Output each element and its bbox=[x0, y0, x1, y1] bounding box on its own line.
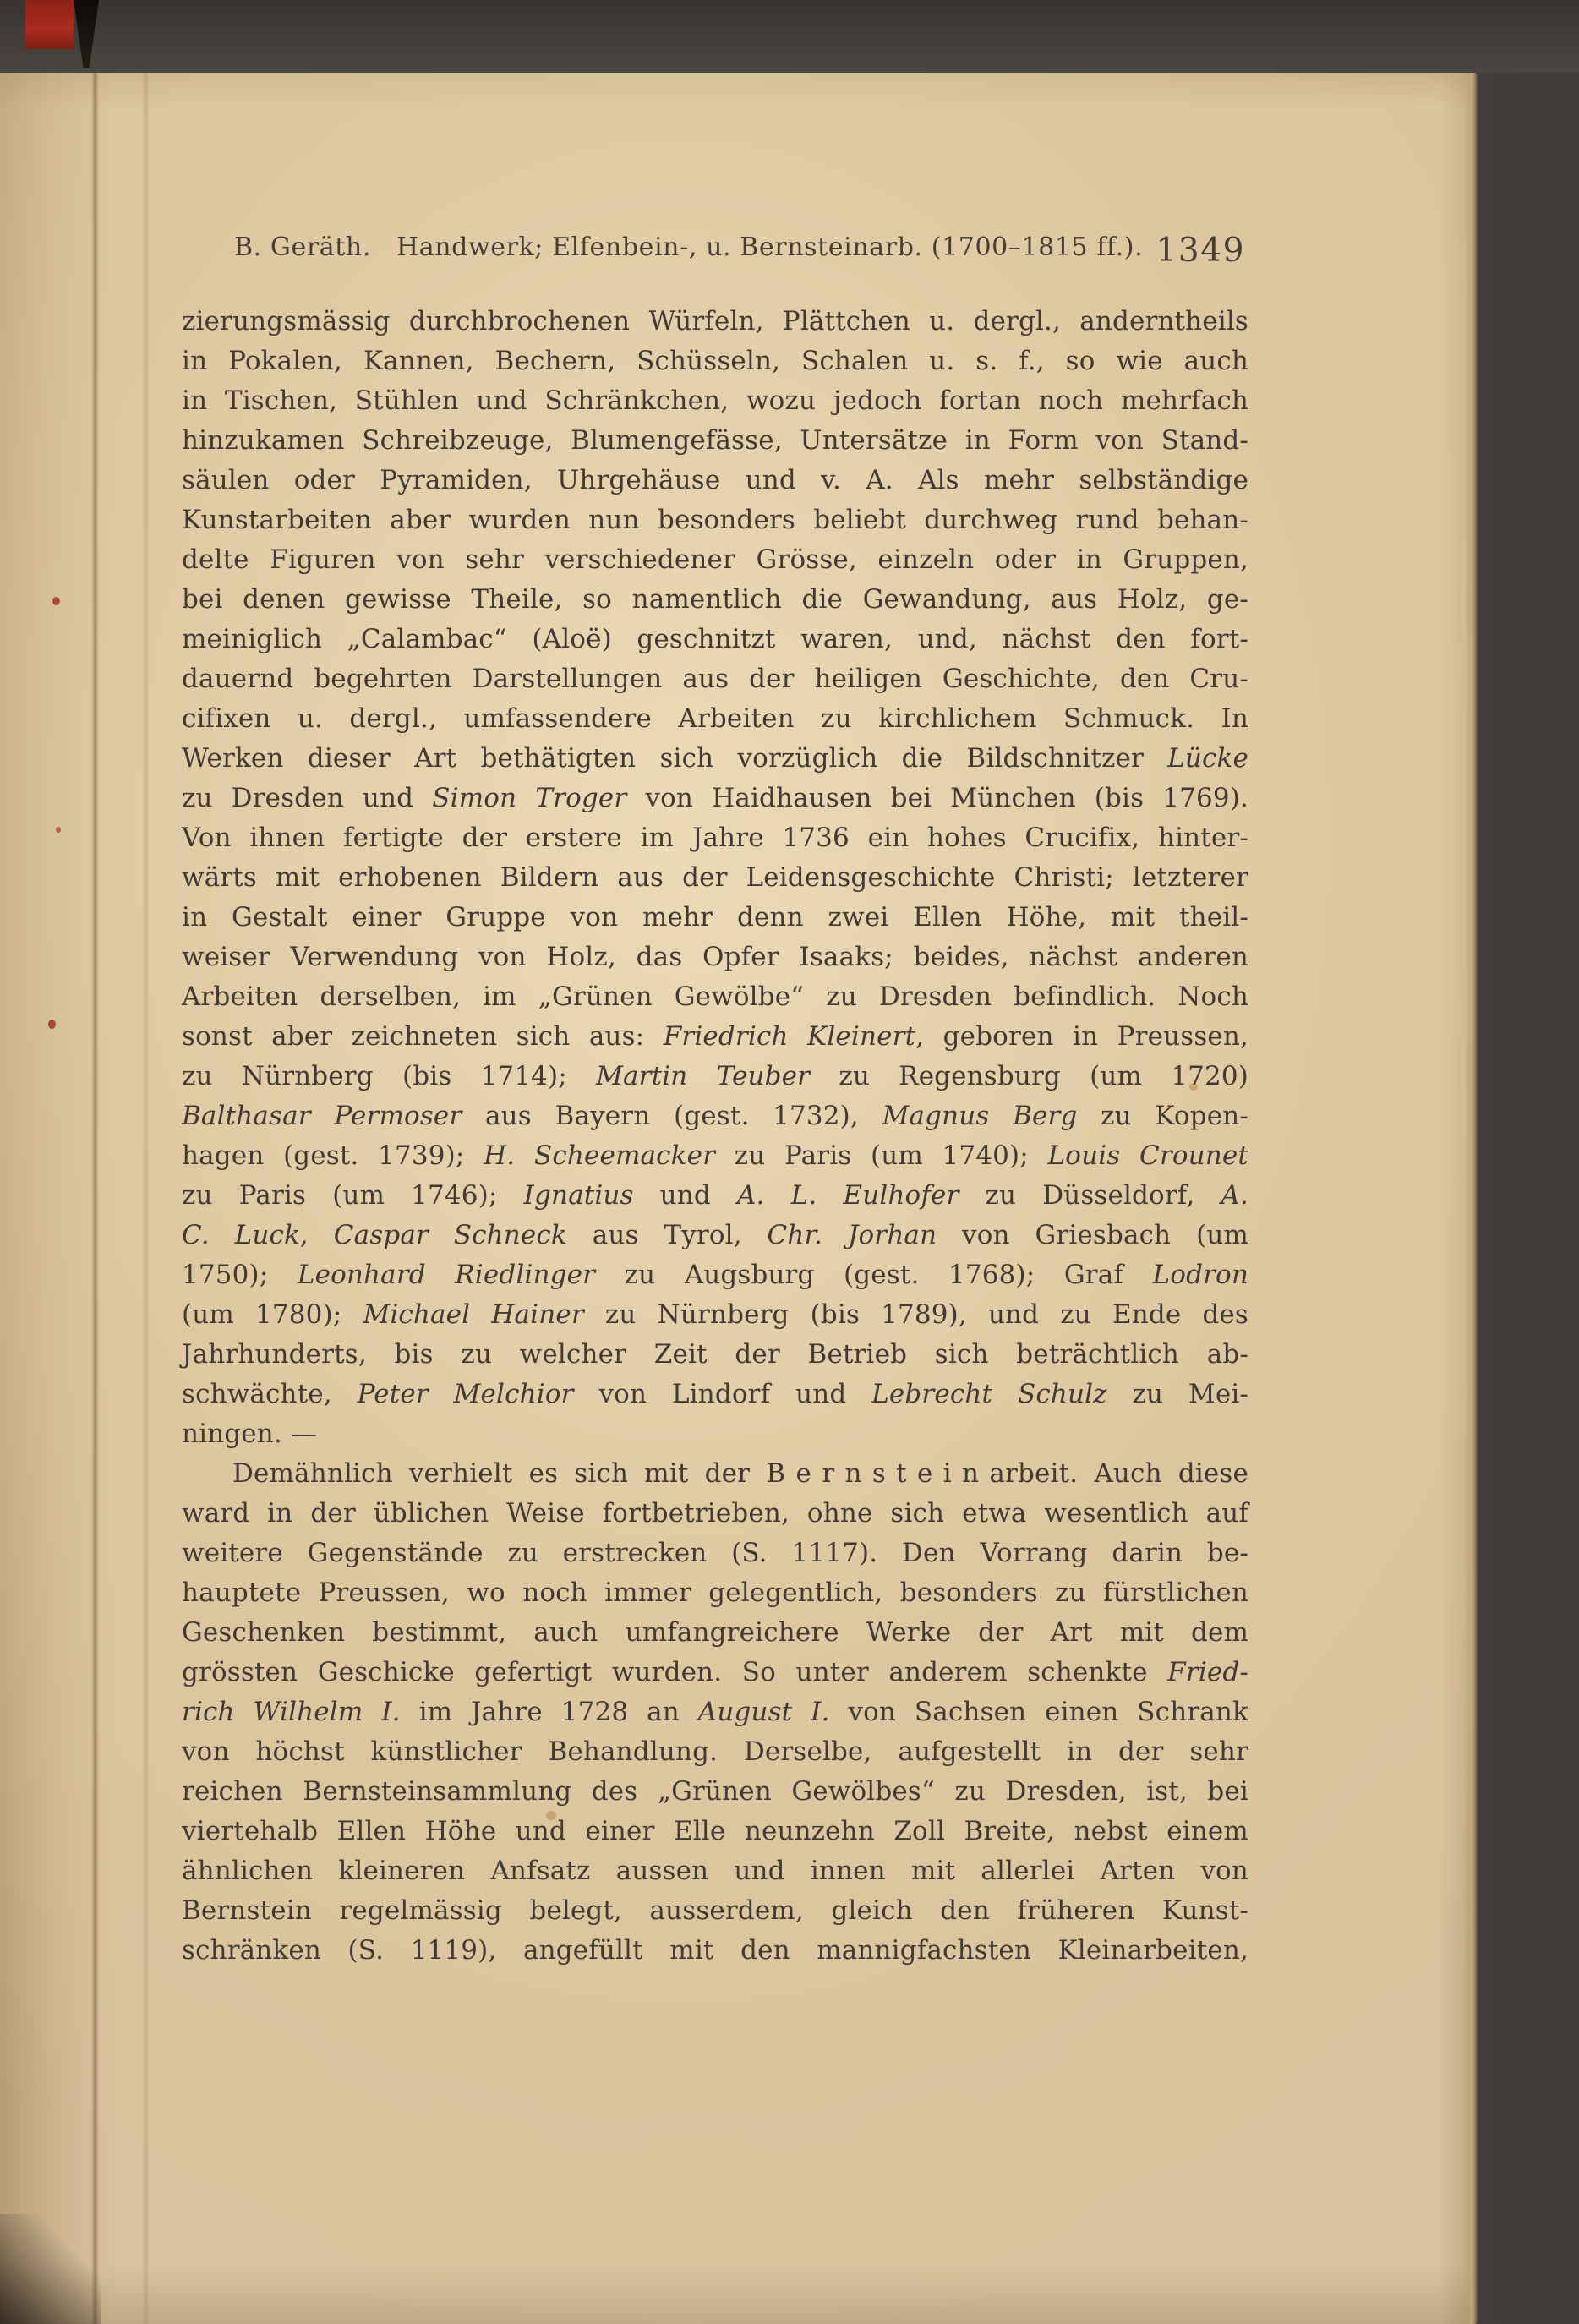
text-line: von höchst künstlicher Behandlung. Derse… bbox=[182, 1732, 1248, 1772]
text-line: weiser Verwendung von Holz, das Opfer Is… bbox=[182, 938, 1248, 977]
text-line: ward in der üblichen Weise fortbetrieben… bbox=[182, 1494, 1248, 1534]
italic-text: Simon Troger bbox=[432, 783, 626, 813]
paragraph: zierungsmässig durchbrochenen Würfeln, P… bbox=[182, 302, 1248, 1454]
text-line: in Gestalt einer Gruppe von mehr denn zw… bbox=[182, 898, 1248, 938]
page-number: 1349 bbox=[1156, 236, 1246, 266]
backdrop-top-band bbox=[0, 0, 1579, 73]
italic-text: A. L. Eulhofer bbox=[737, 1180, 959, 1211]
italic-text: Louis Crounet bbox=[1048, 1140, 1248, 1171]
text-line: Werken dieser Art bethätigten sich vorzü… bbox=[182, 739, 1248, 779]
italic-text: C. Luck bbox=[182, 1220, 300, 1250]
italic-text: Lodron bbox=[1153, 1260, 1248, 1290]
red-speck bbox=[52, 597, 60, 605]
book-page: B. Geräth. Handwerk; Elfenbein-, u. Bern… bbox=[0, 73, 1478, 2324]
gutter-crease bbox=[91, 73, 99, 2324]
running-header: B. Geräth. Handwerk; Elfenbein-, u. Bern… bbox=[182, 230, 1248, 263]
text-line: grössten Geschicke gefertigt wurden. So … bbox=[182, 1653, 1248, 1692]
italic-text: Ignatius bbox=[524, 1180, 634, 1211]
gutter-crease bbox=[142, 73, 150, 2324]
paragraph: Demähnlich verhielt es sich mit der Bern… bbox=[182, 1454, 1248, 1971]
text-line: Jahrhunderts, bis zu welcher Zeit der Be… bbox=[182, 1335, 1248, 1375]
text-line: schwächte, Peter Melchior von Lindorf un… bbox=[182, 1375, 1248, 1414]
running-title: Handwerk; Elfenbein-, u. Bernsteinarb. (… bbox=[396, 232, 1143, 263]
text-line: Von ihnen fertigte der erstere im Jahre … bbox=[182, 818, 1248, 858]
text-line: delte Figuren von sehr verschiedener Grö… bbox=[182, 540, 1248, 580]
section-label: B. Geräth. bbox=[234, 232, 371, 263]
text-line: zu Paris (um 1746); Ignatius und A. L. E… bbox=[182, 1176, 1248, 1216]
text-line: weitere Gegenstände zu erstrecken (S. 11… bbox=[182, 1534, 1248, 1573]
italic-text: Fried- bbox=[1167, 1657, 1248, 1687]
running-header-text: B. Geräth. Handwerk; Elfenbein-, u. Bern… bbox=[234, 232, 1143, 263]
italic-text: Chr. Jorhan bbox=[768, 1220, 937, 1250]
italic-text: Caspar Schneck bbox=[334, 1220, 567, 1250]
italic-text: Friedrich Kleinert bbox=[664, 1021, 916, 1052]
italic-text: Peter Melchior bbox=[358, 1379, 574, 1409]
text-line: ningen. — bbox=[182, 1414, 1248, 1454]
italic-text: Magnus Berg bbox=[882, 1101, 1078, 1131]
text-line: hinzukamen Schreibzeuge, Blumengefässe, … bbox=[182, 421, 1248, 461]
text-line: rich Wilhelm I. im Jahre 1728 an August … bbox=[182, 1692, 1248, 1732]
italic-text: Leonhard Riedlinger bbox=[298, 1260, 595, 1290]
letterspaced-text: Bernstein bbox=[766, 1458, 989, 1489]
text-line: cifixen u. dergl., umfassendere Arbeiten… bbox=[182, 699, 1248, 739]
text-line: reichen Bernsteinsammlung des „Grünen Ge… bbox=[182, 1772, 1248, 1812]
text-line: Geschenken bestimmt, auch umfangreichere… bbox=[182, 1613, 1248, 1653]
text-line: schränken (S. 1119), angefüllt mit den m… bbox=[182, 1931, 1248, 1971]
text-line: in Pokalen, Kannen, Bechern, Schüsseln, … bbox=[182, 342, 1248, 381]
italic-text: August I. bbox=[698, 1697, 830, 1727]
text-line: in Tischen, Stühlen und Schränkchen, woz… bbox=[182, 381, 1248, 421]
text-line: wärts mit erhobenen Bildern aus der Leid… bbox=[182, 858, 1248, 898]
binding-gap-shadow bbox=[74, 0, 99, 68]
text-line: zu Nürnberg (bis 1714); Martin Teuber zu… bbox=[182, 1057, 1248, 1096]
text-line: meiniglich „Calambac“ (Aloë) geschnitzt … bbox=[182, 620, 1248, 659]
text-line: Balthasar Permoser aus Bayern (gest. 173… bbox=[182, 1096, 1248, 1136]
text-line: hagen (gest. 1739); H. Scheemacker zu Pa… bbox=[182, 1136, 1248, 1176]
italic-text: Michael Hainer bbox=[363, 1299, 583, 1330]
text-line: C. Luck, Caspar Schneck aus Tyrol, Chr. … bbox=[182, 1216, 1248, 1255]
text-line: hauptete Preussen, wo noch immer gelegen… bbox=[182, 1573, 1248, 1613]
italic-text: Lücke bbox=[1167, 743, 1248, 774]
text-line: zu Dresden und Simon Troger von Haidhaus… bbox=[182, 779, 1248, 818]
text-line: viertehalb Ellen Höhe und einer Elle neu… bbox=[182, 1812, 1248, 1851]
red-speck bbox=[56, 827, 61, 833]
body-text: zierungsmässig durchbrochenen Würfeln, P… bbox=[182, 302, 1248, 1971]
text-line: 1750); Leonhard Riedlinger zu Augsburg (… bbox=[182, 1255, 1248, 1295]
printed-content: B. Geräth. Handwerk; Elfenbein-, u. Bern… bbox=[182, 230, 1248, 1971]
italic-text: rich Wilhelm I. bbox=[182, 1697, 401, 1727]
text-line: Arbeiten derselben, im „Grünen Gewölbe“ … bbox=[182, 977, 1248, 1017]
red-bookmark-mark bbox=[25, 0, 74, 49]
italic-text: H. Scheemacker bbox=[484, 1140, 715, 1171]
text-line: sonst aber zeichneten sich aus: Friedric… bbox=[182, 1017, 1248, 1057]
text-line: bei denen gewisse Theile, so namentlich … bbox=[182, 580, 1248, 620]
text-line: Bernstein regelmässig belegt, ausserdem,… bbox=[182, 1891, 1248, 1931]
italic-text: Lebrecht Schulz bbox=[871, 1379, 1107, 1409]
page-fore-edge bbox=[1466, 73, 1478, 2324]
text-line: dauernd begehrten Darstellungen aus der … bbox=[182, 659, 1248, 699]
text-line: zierungsmässig durchbrochenen Würfeln, P… bbox=[182, 302, 1248, 342]
text-line: säulen oder Pyramiden, Uhrgehäuse und v.… bbox=[182, 461, 1248, 500]
text-line: Demähnlich verhielt es sich mit der Bern… bbox=[182, 1454, 1248, 1494]
red-speck bbox=[48, 1020, 56, 1029]
text-line: ähnlichen kleineren Anfsatz aussen und i… bbox=[182, 1851, 1248, 1891]
page-corner-shadow bbox=[0, 2214, 101, 2324]
italic-text: Martin Teuber bbox=[596, 1061, 810, 1091]
text-line: Kunstarbeiten aber wurden nun besonders … bbox=[182, 500, 1248, 540]
italic-text: Balthasar Permoser bbox=[182, 1101, 462, 1131]
text-line: (um 1780); Michael Hainer zu Nürnberg (b… bbox=[182, 1295, 1248, 1335]
italic-text: A. bbox=[1221, 1180, 1248, 1211]
photo-background: B. Geräth. Handwerk; Elfenbein-, u. Bern… bbox=[0, 0, 1579, 2324]
